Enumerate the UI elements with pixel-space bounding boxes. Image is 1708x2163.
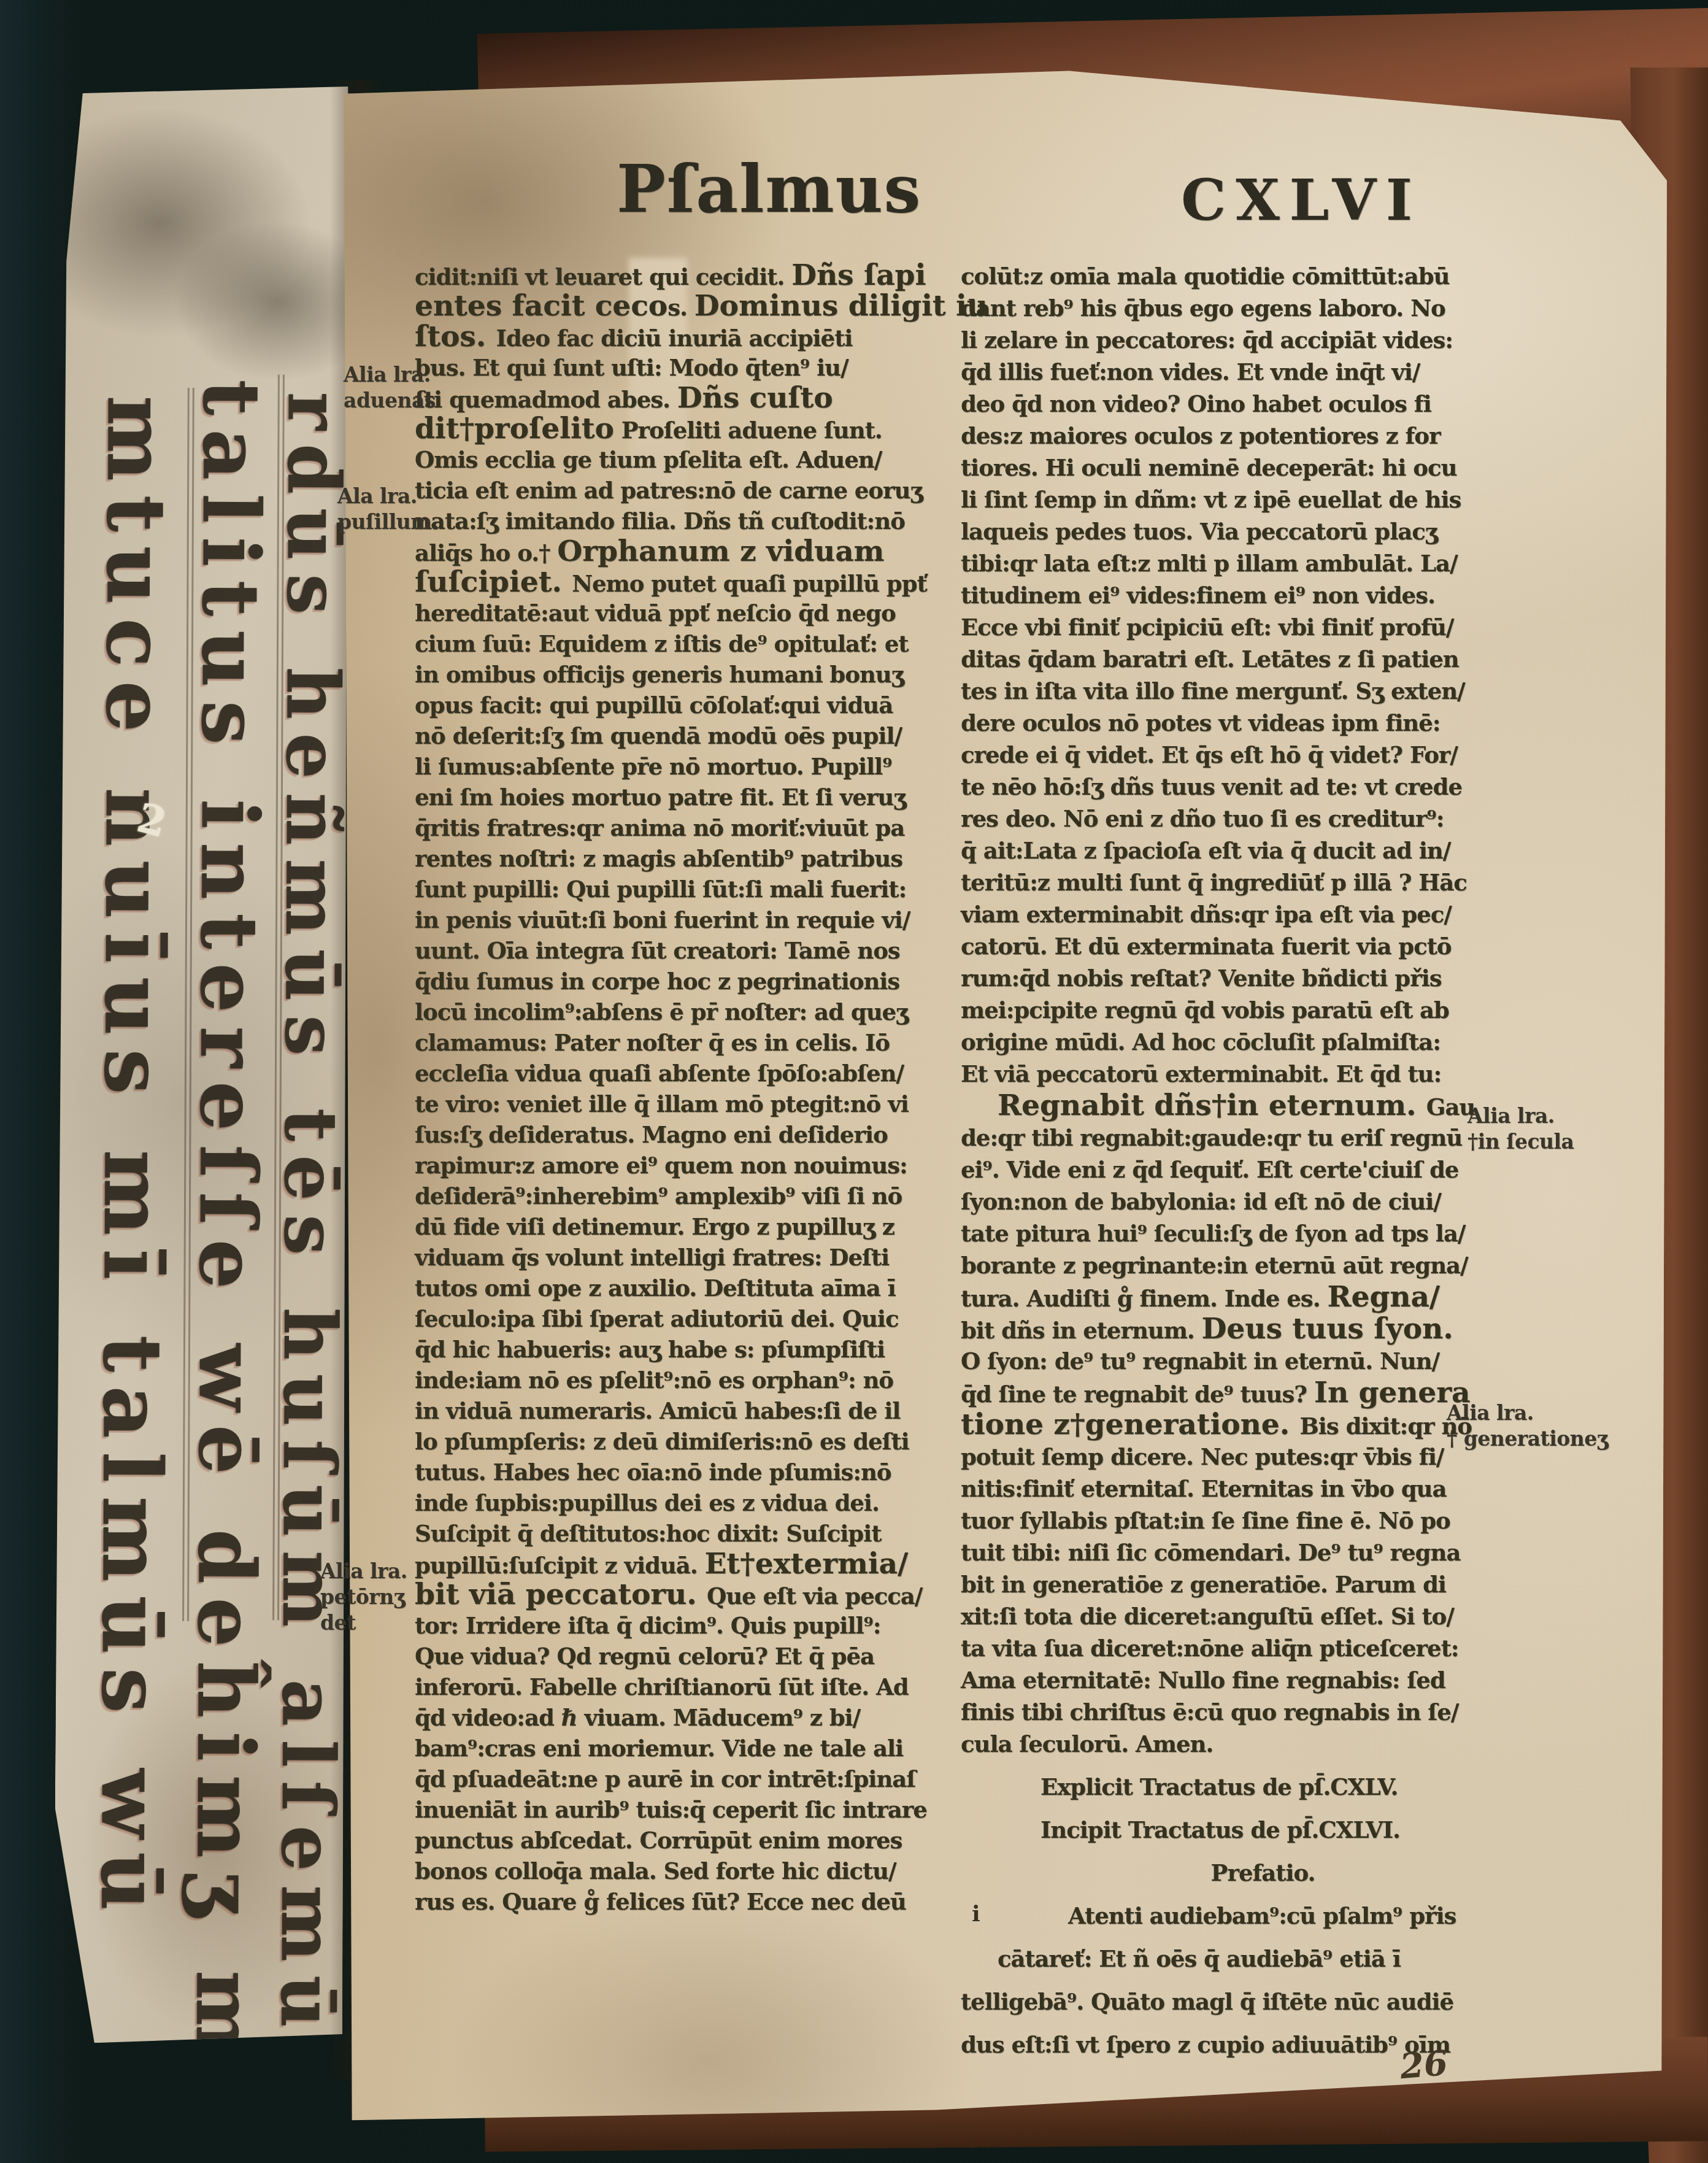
text-line: Ama eternitatē: Nullo fine regnabis: ſed — [961, 1664, 1565, 1696]
commentary-text: Que vidua? Qd regnū celorū? Et q̄ pēa — [415, 1643, 874, 1670]
text-line: ſuſcipiet. Nemo putet quaſi pupillū ppť — [415, 567, 970, 598]
text-line: q̄d video:ad ℏ viuam. Māducem⁹ z bi/ — [415, 1702, 970, 1733]
text-line: ei⁹. Vide eni z q̄d ſequiť. Eſt certe'ci… — [961, 1154, 1565, 1186]
commentary-text: aliq̄s ho o.† — [415, 539, 557, 566]
commentary-text: teritū:z multi ſunt q̄ ingrediūť p illā … — [961, 869, 1467, 896]
commentary-text: punctus abſcedat. Corrūpūt enim mores — [415, 1827, 902, 1854]
commentary-text: finis tibi chriſtus ē:cū quo regnabis in… — [961, 1698, 1458, 1725]
text-line: Explicit Tractatus de pſ̄.CXLV. — [961, 1771, 1565, 1803]
text-line: li zelare in peccatores: q̄d accipiāt vi… — [961, 324, 1565, 356]
margin-note-line: petōrnʒ — [320, 1584, 407, 1610]
margin-note: Alia lra.† generationeʒ — [1447, 1400, 1608, 1452]
text-line: bit in generatiōe z generatiōe. Parum di — [961, 1568, 1565, 1600]
text-line: Incipit Tractatus de pſ̄.CXLVI. — [961, 1814, 1565, 1846]
commentary-text: tor: Irridere iſta q̄ dicim⁹. Quis pupil… — [415, 1612, 880, 1639]
text-line: bonos colloq̄a mala. Sed forte hic dictu… — [415, 1856, 970, 1886]
text-line: nata:ſʒ imitando filia. Dñs tñ cuſtodit:… — [415, 506, 970, 536]
commentary-text: ſunt pupilli: Qui pupilli ſūt:ſi mali fu… — [415, 876, 906, 903]
commentary-text: ſti quemadmod abes. — [415, 386, 677, 413]
text-line: origine mūdi. Ad hoc cōcluſit pſalmiſta: — [961, 1026, 1565, 1058]
text-line: q̄d illis fueť:non vides. Et vnde inq̄t … — [961, 356, 1565, 388]
lemma-text: entes facit ceco — [415, 289, 667, 323]
commentary-text: ticia eſt enim ad patres:nō de carne eor… — [415, 477, 922, 504]
text-line: ta vita ſua diceret:nōne aliq̄n pticeſce… — [961, 1632, 1565, 1664]
text-line: ſus:ſʒ deſideratus. Magno eni deſiderio — [415, 1119, 970, 1150]
text-line: xit:ſi tota die diceret:anguſtū eſſet. S… — [961, 1600, 1565, 1632]
text-line: telligebā⁹. Quāto magl q̄ iſtēte nūc aud… — [961, 1986, 1565, 2018]
text-line: rum:q̄d nobis reſtat? Venite bñdicti při… — [961, 962, 1565, 994]
commentary-text: bit dñs in eternum. — [961, 1317, 1202, 1344]
text-line: q̄d hic habueris: auʒ habe s: pſumpſiſti — [415, 1334, 970, 1365]
text-line: punctus abſcedat. Corrūpūt enim mores — [415, 1825, 970, 1856]
commentary-text: Nemo putet quaſi pupillū ppť — [572, 570, 926, 597]
commentary-text: ſus:ſʒ deſideratus. Magno eni deſiderio — [415, 1121, 888, 1148]
book-photo: mtuce nuīus mī talmūs wū talitus intereſ… — [0, 0, 1708, 2163]
text-line: entes facit cecos. Dominus diligit iu — [415, 291, 970, 322]
text-line: pupillū:ſuſcipit z viduā. Et†extermia/ — [415, 1549, 970, 1579]
text-line: te viro: veniet ille q̄ illam mō ptegit:… — [415, 1089, 970, 1119]
commentary-text: Atenti audiebam⁹:cū pſalm⁹ přis — [1068, 1902, 1456, 1929]
commentary-text: Et viā peccatorū exterminabit. Et q̄d tu… — [961, 1060, 1441, 1087]
manuscript-fragment-column: mtuce nuīus mī talmūs wū — [80, 395, 187, 1617]
margin-note-line: Alia lra. — [1468, 1103, 1574, 1129]
lemma-text: Deus tuus ſyon. — [1202, 1312, 1453, 1346]
text-line: borante z pegrinante:in eternū aūt regna… — [961, 1249, 1565, 1281]
commentary-text: tura. Audiſti g̊ finem. Inde es. — [961, 1285, 1327, 1312]
commentary-text: dant reb⁹ his q̄bus ego egens laboro. No — [961, 295, 1445, 322]
text-line: clamamus: Pater noſter q̄ es in celis. I… — [415, 1027, 970, 1058]
text-line: deſiderā⁹:inherebim⁹ amplexib⁹ viſi ſi n… — [415, 1181, 970, 1211]
text-line: res deo. Nō eni z dño tuo ſi es creditur… — [961, 803, 1565, 835]
text-line: dere oculos nō potes vt videas ipm finē: — [961, 707, 1565, 739]
margin-note: Alia lra.†in ſecula — [1468, 1103, 1574, 1155]
commentary-text: inferorū. Fabelle chriſtianorū ſūt iſte.… — [415, 1673, 909, 1700]
commentary-text: q̄d ſine te regnabit de⁹ tuus? — [961, 1381, 1314, 1408]
commentary-text: rus es. Quare g̊ felices ſūt? Ecce nec d… — [415, 1888, 906, 1915]
commentary-text: te nēo hō:ſʒ dñs tuus venit ad te: vt cr… — [961, 773, 1462, 800]
text-line: inferorū. Fabelle chriſtianorū ſūt iſte.… — [415, 1671, 970, 1702]
lemma-text: Regna/ — [1327, 1280, 1440, 1314]
text-line: in penis viuūt:ſi boni fuerint in requie… — [415, 904, 970, 935]
commentary-text: Prefatio. — [1211, 1859, 1315, 1886]
text-line: nitis:finiť eternitaſ. Eternitas in v̄bo… — [961, 1473, 1565, 1505]
commentary-text: deo q̄d non video? Oino habet oculos fi — [961, 390, 1431, 417]
commentary-text: tes in iſta vita illo fine mergunť. Sʒ e… — [961, 677, 1465, 704]
text-line: mei:pcipite regnū q̄d vobis paratū eſt a… — [961, 994, 1565, 1026]
commentary-text: tate pitura hui⁹ ſeculi:ſʒ de ſyon ad tp… — [961, 1220, 1465, 1247]
text-line: aliq̄s ho o.† Orphanum z viduam — [415, 536, 970, 567]
commentary-text: Que eſt via pecca/ — [707, 1583, 922, 1610]
commentary-text: laqueis pedes tuos. Via peccatorū placʒ — [961, 518, 1437, 545]
text-line: tuit tibi: niſi ſic cōmendari. De⁹ tu⁹ r… — [961, 1536, 1565, 1568]
commentary-text: tutos omi ope z auxilio. Deſtituta aīma … — [415, 1274, 896, 1301]
text-line: bam⁹:cras eni moriemur. Vide ne tale ali — [415, 1733, 970, 1764]
text-line: colūt:z omīa mala quotidie cōmittūt:abū — [961, 260, 1565, 292]
commentary-text: ei⁹. Vide eni z q̄d ſequiť. Eſt certe'ci… — [961, 1156, 1458, 1183]
text-line: Suſcipit q̄ deſtitutos:hoc dixit: Suſcip… — [415, 1518, 970, 1549]
commentary-text: eccleſia vidua quaſi abſente ſpōſo:abſen… — [415, 1060, 904, 1087]
commentary-text: bus. Et qui ſunt uſti: Modo q̄ten⁹ iu/ — [415, 354, 848, 381]
commentary-text: deſiderā⁹:inherebim⁹ amplexib⁹ viſi ſi n… — [415, 1182, 902, 1209]
text-line: cium ſuū: Equidem z iſtis de⁹ opitulať: … — [415, 628, 970, 659]
text-line: bit viā peccatoru. Que eſt via pecca/ — [415, 1579, 970, 1610]
commentary-text: li ſint ſemp in dñm: vt z ipē euellat de… — [961, 486, 1461, 513]
commentary-text: eni ſm hoies mortuo patre fit. Et ſi ver… — [415, 784, 906, 811]
text-line: dus eſt:ſi vt ſpero z cupio adiuuātib⁹ o… — [961, 2029, 1565, 2061]
commentary-text: titudinem ei⁹ vides:finem ei⁹ non vides. — [961, 582, 1435, 609]
text-line: laqueis pedes tuos. Via peccatorū placʒ — [961, 515, 1565, 547]
text-line: inde:iam nō es pſelit⁹:nō es orphan⁹: nō — [415, 1365, 970, 1395]
margin-note-line: Alia lra. — [320, 1559, 407, 1584]
psalm-number: CXLVI — [1181, 167, 1422, 233]
commentary-text: tutus. Habes hec oīa:nō inde pſumis:nō — [415, 1459, 891, 1486]
commentary-text: potuit ſemp dicere. Nec putes:qr v̄bis f… — [961, 1443, 1444, 1470]
lemma-text: bit viā peccatoru. — [415, 1578, 707, 1611]
text-line: ſyon:non de babylonia: id eſt nō de ciui… — [961, 1186, 1565, 1217]
commentary-text: q̄d hic habueris: auʒ habe s: pſumpſiſti — [415, 1336, 885, 1363]
commentary-text: colūt:z omīa mala quotidie cōmittūt:abū — [961, 263, 1450, 290]
commentary-text: tuit tibi: niſi ſic cōmendari. De⁹ tu⁹ r… — [961, 1539, 1460, 1566]
text-line: viam exterminabit dñs:qr ipa eſt via pec… — [961, 898, 1565, 930]
commentary-text: nata:ſʒ imitando filia. Dñs tñ cuſtodit:… — [415, 507, 905, 534]
commentary-text: inde:iam nō es pſelit⁹:nō es orphan⁹: nō — [415, 1367, 893, 1394]
vellum-stub: mtuce nuīus mī talmūs wū talitus intereſ… — [54, 85, 351, 2044]
margin-note-line: Alia lra. — [344, 362, 436, 388]
commentary-text: lo pſumpſeris: z deū dimiſeris:nō es deſ… — [415, 1428, 909, 1455]
text-line: lo pſumpſeris: z deū dimiſeris:nō es deſ… — [415, 1426, 970, 1457]
commentary-text: viduam q̄s volunt intelligi fratres: Deſ… — [415, 1244, 889, 1271]
text-line: tes in iſta vita illo fine mergunť. Sʒ e… — [961, 675, 1565, 707]
text-line: Ecce vbi finiť pcipiciū eſt: vbi finiť p… — [961, 611, 1565, 643]
text-line: te nēo hō:ſʒ dñs tuus venit ad te: vt cr… — [961, 771, 1565, 803]
commentary-text: cidit:niſi vt leuaret qui cecidit. — [415, 263, 791, 290]
commentary-text: viam exterminabit dñs:qr ipa eſt via pec… — [961, 901, 1452, 928]
margin-note: Ala lra.puſillum. — [337, 484, 439, 535]
commentary-text: li zelare in peccatores: q̄d accipiāt vi… — [961, 326, 1453, 353]
commentary-text: Ama eternitatē: Nullo fine regnabis: ſed — [961, 1667, 1445, 1694]
text-line: Atenti audiebam⁹:cū pſalm⁹ přis — [961, 1900, 1565, 1932]
commentary-text: bonos colloq̄a mala. Sed forte hic dictu… — [415, 1857, 896, 1884]
commentary-text: xit:ſi tota die diceret:anguſtū eſſet. S… — [961, 1603, 1454, 1630]
margin-note-line: det — [320, 1610, 407, 1636]
commentary-text: origine mūdi. Ad hoc cōcluſit pſalmiſta: — [961, 1028, 1441, 1055]
text-line: tura. Audiſti g̊ finem. Inde es. Regna/ — [961, 1281, 1565, 1313]
margin-note: Alia lra.aduenas — [344, 362, 436, 414]
margin-note-line: puſillum. — [337, 509, 439, 535]
text-line: deo q̄d non video? Oino habet oculos fi — [961, 388, 1565, 420]
commentary-text: Omis ecclia ge tium pſelita eſt. Aduen/ — [415, 446, 882, 473]
lemma-text: Et†extermia/ — [705, 1547, 909, 1581]
commentary-text: Bis dixit:qr nō — [1299, 1413, 1472, 1440]
commentary-text: q̄diu ſumus in corpe hoc z pegrinationis — [415, 968, 899, 995]
text-line: tibi:qr lata eſt:z mlti p illam ambulāt.… — [961, 547, 1565, 579]
commentary-text: ditas q̄dam baratri eſt. Letātes z ſi pa… — [961, 646, 1459, 673]
commentary-text: hereditatē:aut viduā ppť neſcio q̄d nego — [415, 600, 896, 627]
commentary-text: mei:pcipite regnū q̄d vobis paratū eſt a… — [961, 997, 1449, 1024]
lemma-text: Dñs cuſto — [677, 381, 833, 415]
commentary-text: cula ſeculorū. Amen. — [961, 1730, 1213, 1757]
commentary-text: res deo. Nō eni z dño tuo ſi es creditur… — [961, 805, 1444, 832]
commentary-text: uunt. Oīa integra ſūt creatori: Tamē nos — [415, 937, 900, 964]
commentary-text: catorū. Et dū exterminata fuerit via pct… — [961, 933, 1451, 960]
text-line: rapimur:z amore ei⁹ quem non nouimus: — [415, 1150, 970, 1181]
commentary-text: in viduā numeraris. Amicū habes:ſi de il — [415, 1397, 900, 1424]
commentary-text: q̄d illis fueť:non vides. Et vnde inq̄t … — [961, 358, 1420, 385]
commentary-text: opus facit: qui pupillū cōſolať:qui vidu… — [415, 692, 893, 719]
text-line: Que vidua? Qd regnū celorū? Et q̄ pēa — [415, 1641, 970, 1671]
text-line: in viduā numeraris. Amicū habes:ſi de il — [415, 1395, 970, 1426]
text-line: q̄diu ſumus in corpe hoc z pegrinationis — [415, 966, 970, 997]
commentary-text: de:qr tibi regnabit:gaude:qr tu eriſ reg… — [961, 1124, 1462, 1151]
text-line: tor: Irridere iſta q̄ dicim⁹. Quis pupil… — [415, 1610, 970, 1641]
manuscript-fragment-column: talitus intereſſe wē deĥimʒ mtē — [180, 379, 277, 1613]
text-line: O ſyon: de⁹ tu⁹ regnabit in eternū. Nun/ — [961, 1345, 1565, 1377]
text-line: Omis ecclia ge tium pſelita eſt. Aduen/ — [415, 444, 970, 475]
margin-note-line: aduenas — [344, 388, 436, 414]
commentary-text: Ecce vbi finiť pcipiciū eſt: vbi finiť p… — [961, 614, 1453, 641]
commentary-text: Ideo fac diciū inuriā accipiēti — [496, 325, 852, 352]
text-column-right: colūt:z omīa mala quotidie cōmittūt:abūd… — [961, 260, 1565, 2061]
commentary-text: te viro: veniet ille q̄ illam mō ptegit:… — [415, 1090, 909, 1117]
commentary-text: in omibus officijs generis humani bonuʒ — [415, 661, 904, 688]
commentary-text: nitis:finiť eternitaſ. Eternitas in v̄bo… — [961, 1475, 1446, 1502]
text-line: tutos omi ope z auxilio. Deſtituta aīma … — [415, 1273, 970, 1303]
commentary-text: rum:q̄d nobis reſtat? Venite bñdicti při… — [961, 965, 1442, 992]
text-line: ſtos. Ideo fac diciū inuriā accipiēti — [415, 322, 970, 352]
text-line: cātareť: Et ñ oēs q̄ audiebā⁹ etiā ī — [961, 1943, 1565, 1975]
text-line: tiores. Hi oculi neminē deceperāt: hi oc… — [961, 452, 1565, 484]
text-line: q̄ritis fratres:qr anima nō moriť:viuūt … — [415, 812, 970, 843]
text-line: rentes noſtri: z magis abſentib⁹ patribu… — [415, 843, 970, 874]
lemma-text: Dominus diligit iu — [694, 289, 988, 323]
text-line: dit†proſelito Proſeliti aduene ſunt. — [415, 414, 970, 444]
text-line: ſeculo:ipa ſibi ſperat adiutoriū dei. Qu… — [415, 1303, 970, 1334]
commentary-text: in penis viuūt:ſi boni fuerint in requie… — [415, 906, 910, 933]
commentary-text: cium ſuū: Equidem z iſtis de⁹ opitulať: … — [415, 630, 908, 657]
lemma-text: Regnabit dñs†in eternum. — [998, 1089, 1426, 1122]
margin-note: Alia lra.petōrnʒdet — [320, 1559, 407, 1636]
text-line: dū fide viſi detinemur. Ergo z pupilluʒ … — [415, 1211, 970, 1242]
text-line: tuor ſyllabis pſtat:in ſe ſine fine ē. N… — [961, 1505, 1565, 1536]
commentary-text: inueniāt in aurib⁹ tuis:q̄ ceperit ſic i… — [415, 1796, 927, 1823]
text-line: opus facit: qui pupillū cōſolať:qui vidu… — [415, 690, 970, 720]
text-line: cula ſeculorū. Amen. — [961, 1728, 1565, 1760]
text-line: titudinem ei⁹ vides:finem ei⁹ non vides. — [961, 579, 1565, 611]
text-line: q̄ ait:Lata z ſpacioſa eſt via q̄ ducit … — [961, 835, 1565, 866]
commentary-text: rentes noſtri: z magis abſentib⁹ patribu… — [415, 845, 902, 872]
text-line: eni ſm hoies mortuo patre fit. Et ſi ver… — [415, 782, 970, 812]
text-line: Prefatio. — [961, 1857, 1565, 1889]
text-line: inueniāt in aurib⁹ tuis:q̄ ceperit ſic i… — [415, 1794, 970, 1825]
lemma-text: ſuſcipiet. — [415, 565, 572, 599]
margin-note-line: † generationeʒ — [1447, 1426, 1608, 1452]
commentary-text: tuor ſyllabis pſtat:in ſe ſine fine ē. N… — [961, 1507, 1450, 1534]
text-line: bit dñs in eternum. Deus tuus ſyon. — [961, 1313, 1565, 1345]
text-line: teritū:z multi ſunt q̄ ingrediūť p illā … — [961, 866, 1565, 898]
commentary-text: bit in generatiōe z generatiōe. Parum di — [961, 1571, 1446, 1598]
lemma-text: ſtos. — [415, 320, 496, 353]
commentary-text: Incipit Tractatus de pſ̄.CXLVI. — [1041, 1816, 1400, 1843]
commentary-text: ſyon:non de babylonia: id eſt nō de ciui… — [961, 1188, 1441, 1215]
commentary-text: li ſumus:abſente pr̄e nō mortuo. Pupill⁹ — [415, 753, 891, 780]
lemma-text: Orphanum z viduam — [557, 534, 884, 568]
text-line: Et viā peccatorū exterminabit. Et q̄d tu… — [961, 1058, 1565, 1090]
commentary-text: dū fide viſi detinemur. Ergo z pupilluʒ … — [415, 1213, 894, 1240]
commentary-text: O ſyon: de⁹ tu⁹ regnabit in eternū. Nun/ — [961, 1348, 1439, 1375]
text-line: ticia eſt enim ad patres:nō de carne eor… — [415, 475, 970, 506]
text-line: q̄d pſuadeāt:ne p aurē in cor intrēt:ſpi… — [415, 1764, 970, 1794]
paragraph-mark: i — [972, 1901, 980, 1927]
text-line: li ſumus:abſente pr̄e nō mortuo. Pupill⁹ — [415, 751, 970, 782]
margin-note-line: Ala lra. — [337, 484, 439, 509]
commentary-text: bam⁹:cras eni moriemur. Vide ne tale ali — [415, 1735, 903, 1762]
text-line: nō deſerit:ſʒ ſm quendā modū oēs pupil/ — [415, 720, 970, 751]
text-line: viduam q̄s volunt intelligi fratres: Deſ… — [415, 1242, 970, 1273]
text-line: des:z maiores oculos z potentiores z for — [961, 420, 1565, 452]
commentary-text: cātareť: Et ñ oēs q̄ audiebā⁹ etiā ī — [998, 1945, 1401, 1972]
commentary-text: Suſcipit q̄ deſtitutos:hoc dixit: Suſcip… — [415, 1520, 881, 1547]
commentary-text: nō deſerit:ſʒ ſm quendā modū oēs pupil/ — [415, 722, 902, 749]
text-line: eccleſia vidua quaſi abſente ſpōſo:abſen… — [415, 1058, 970, 1089]
commentary-text: dere oculos nō potes vt videas ipm finē: — [961, 709, 1440, 736]
commentary-text: tibi:qr lata eſt:z mlti p illam ambulāt.… — [961, 550, 1458, 577]
text-line: tutus. Habes hec oīa:nō inde pſumis:nō — [415, 1457, 970, 1487]
text-line: bus. Et qui ſunt uſti: Modo q̄ten⁹ iu/ — [415, 352, 970, 383]
commentary-text: ta vita ſua diceret:nōne aliq̄n pticeſce… — [961, 1635, 1458, 1662]
text-line: crede ei q̄ videt. Et q̄s eſt hō q̄ vide… — [961, 739, 1565, 771]
text-column-left: cidit:niſi vt leuaret qui cecidit. Dñs ſ… — [415, 260, 970, 1917]
text-line: li ſint ſemp in dñm: vt z ipē euellat de… — [961, 484, 1565, 515]
commentary-text: q̄d pſuadeāt:ne p aurē in cor intrēt:ſpi… — [415, 1765, 915, 1792]
text-line: ſunt pupilli: Qui pupilli ſūt:ſi mali fu… — [415, 874, 970, 904]
commentary-text: pupillū:ſuſcipit z viduā. — [415, 1552, 705, 1579]
text-line: ditas q̄dam baratri eſt. Letātes z ſi pa… — [961, 643, 1565, 675]
commentary-text: telligebā⁹. Quāto magl q̄ iſtēte nūc aud… — [961, 1988, 1453, 2015]
margin-note-line: Alia lra. — [1447, 1400, 1608, 1426]
commentary-text: borante z pegrinante:in eternū aūt regna… — [961, 1252, 1468, 1279]
text-line: locū incolim⁹:abſens ē pr̄ noſter: ad qu… — [415, 997, 970, 1027]
text-line: in omibus officijs generis humani bonuʒ — [415, 659, 970, 690]
text-line: catorū. Et dū exterminata fuerit via pct… — [961, 930, 1565, 962]
lemma-text: Dñs ſapi — [791, 258, 926, 292]
text-line: rus es. Quare g̊ felices ſūt? Ecce nec d… — [415, 1886, 970, 1917]
lemma-text: tione z†generatione. — [961, 1408, 1299, 1441]
commentary-text: rapimur:z amore ei⁹ quem non nouimus: — [415, 1152, 907, 1179]
text-line: hereditatē:aut viduā ppť neſcio q̄d nego — [415, 598, 970, 628]
text-line: cidit:niſi vt leuaret qui cecidit. Dñs ſ… — [415, 260, 970, 291]
text-line: dant reb⁹ his q̄bus ego egens laboro. No — [961, 292, 1565, 324]
margin-note-line: †in ſecula — [1468, 1129, 1574, 1155]
commentary-text: dus eſt:ſi vt ſpero z cupio adiuuātib⁹ o… — [961, 2031, 1450, 2058]
commentary-text: tiores. Hi oculi neminē deceperāt: hi oc… — [961, 454, 1456, 481]
commentary-text: crede ei q̄ videt. Et q̄s eſt hō q̄ vide… — [961, 741, 1458, 768]
commentary-text: Proſeliti aduene ſunt. — [614, 417, 882, 444]
commentary-text: q̄ritis fratres:qr anima nō moriť:viuūt … — [415, 814, 904, 841]
running-title: Pſalmus — [617, 150, 921, 227]
folio-number: 26 — [1398, 2043, 1449, 2088]
commentary-text: s. — [667, 294, 694, 321]
commentary-text: locū incolim⁹:abſens ē pr̄ noſter: ad qu… — [415, 998, 908, 1025]
text-line: ſti quemadmod abes. Dñs cuſto — [415, 383, 970, 414]
commentary-text: des:z maiores oculos z potentiores z for — [961, 422, 1440, 449]
commentary-text: Explicit Tractatus de pſ̄.CXLV. — [1041, 1773, 1398, 1800]
commentary-text: ſeculo:ipa ſibi ſperat adiutoriū dei. Qu… — [415, 1305, 898, 1332]
commentary-text: q̄ ait:Lata z ſpacioſa eſt via q̄ ducit … — [961, 837, 1450, 864]
text-line: tate pitura hui⁹ ſeculi:ſʒ de ſyon ad tp… — [961, 1217, 1565, 1249]
lemma-text: dit†proſelito — [415, 412, 614, 445]
commentary-text: clamamus: Pater noſter q̄ es in celis. I… — [415, 1029, 890, 1056]
commentary-text: inde ſupbis:pupillus dei es z vidua dei. — [415, 1489, 879, 1516]
text-line: inde ſupbis:pupillus dei es z vidua dei. — [415, 1487, 970, 1518]
text-line: finis tibi chriſtus ē:cū quo regnabis in… — [961, 1696, 1565, 1728]
commentary-text: q̄d video:ad ℏ viuam. Māducem⁹ z bi/ — [415, 1704, 860, 1731]
text-line: uunt. Oīa integra ſūt creatori: Tamē nos — [415, 935, 970, 966]
